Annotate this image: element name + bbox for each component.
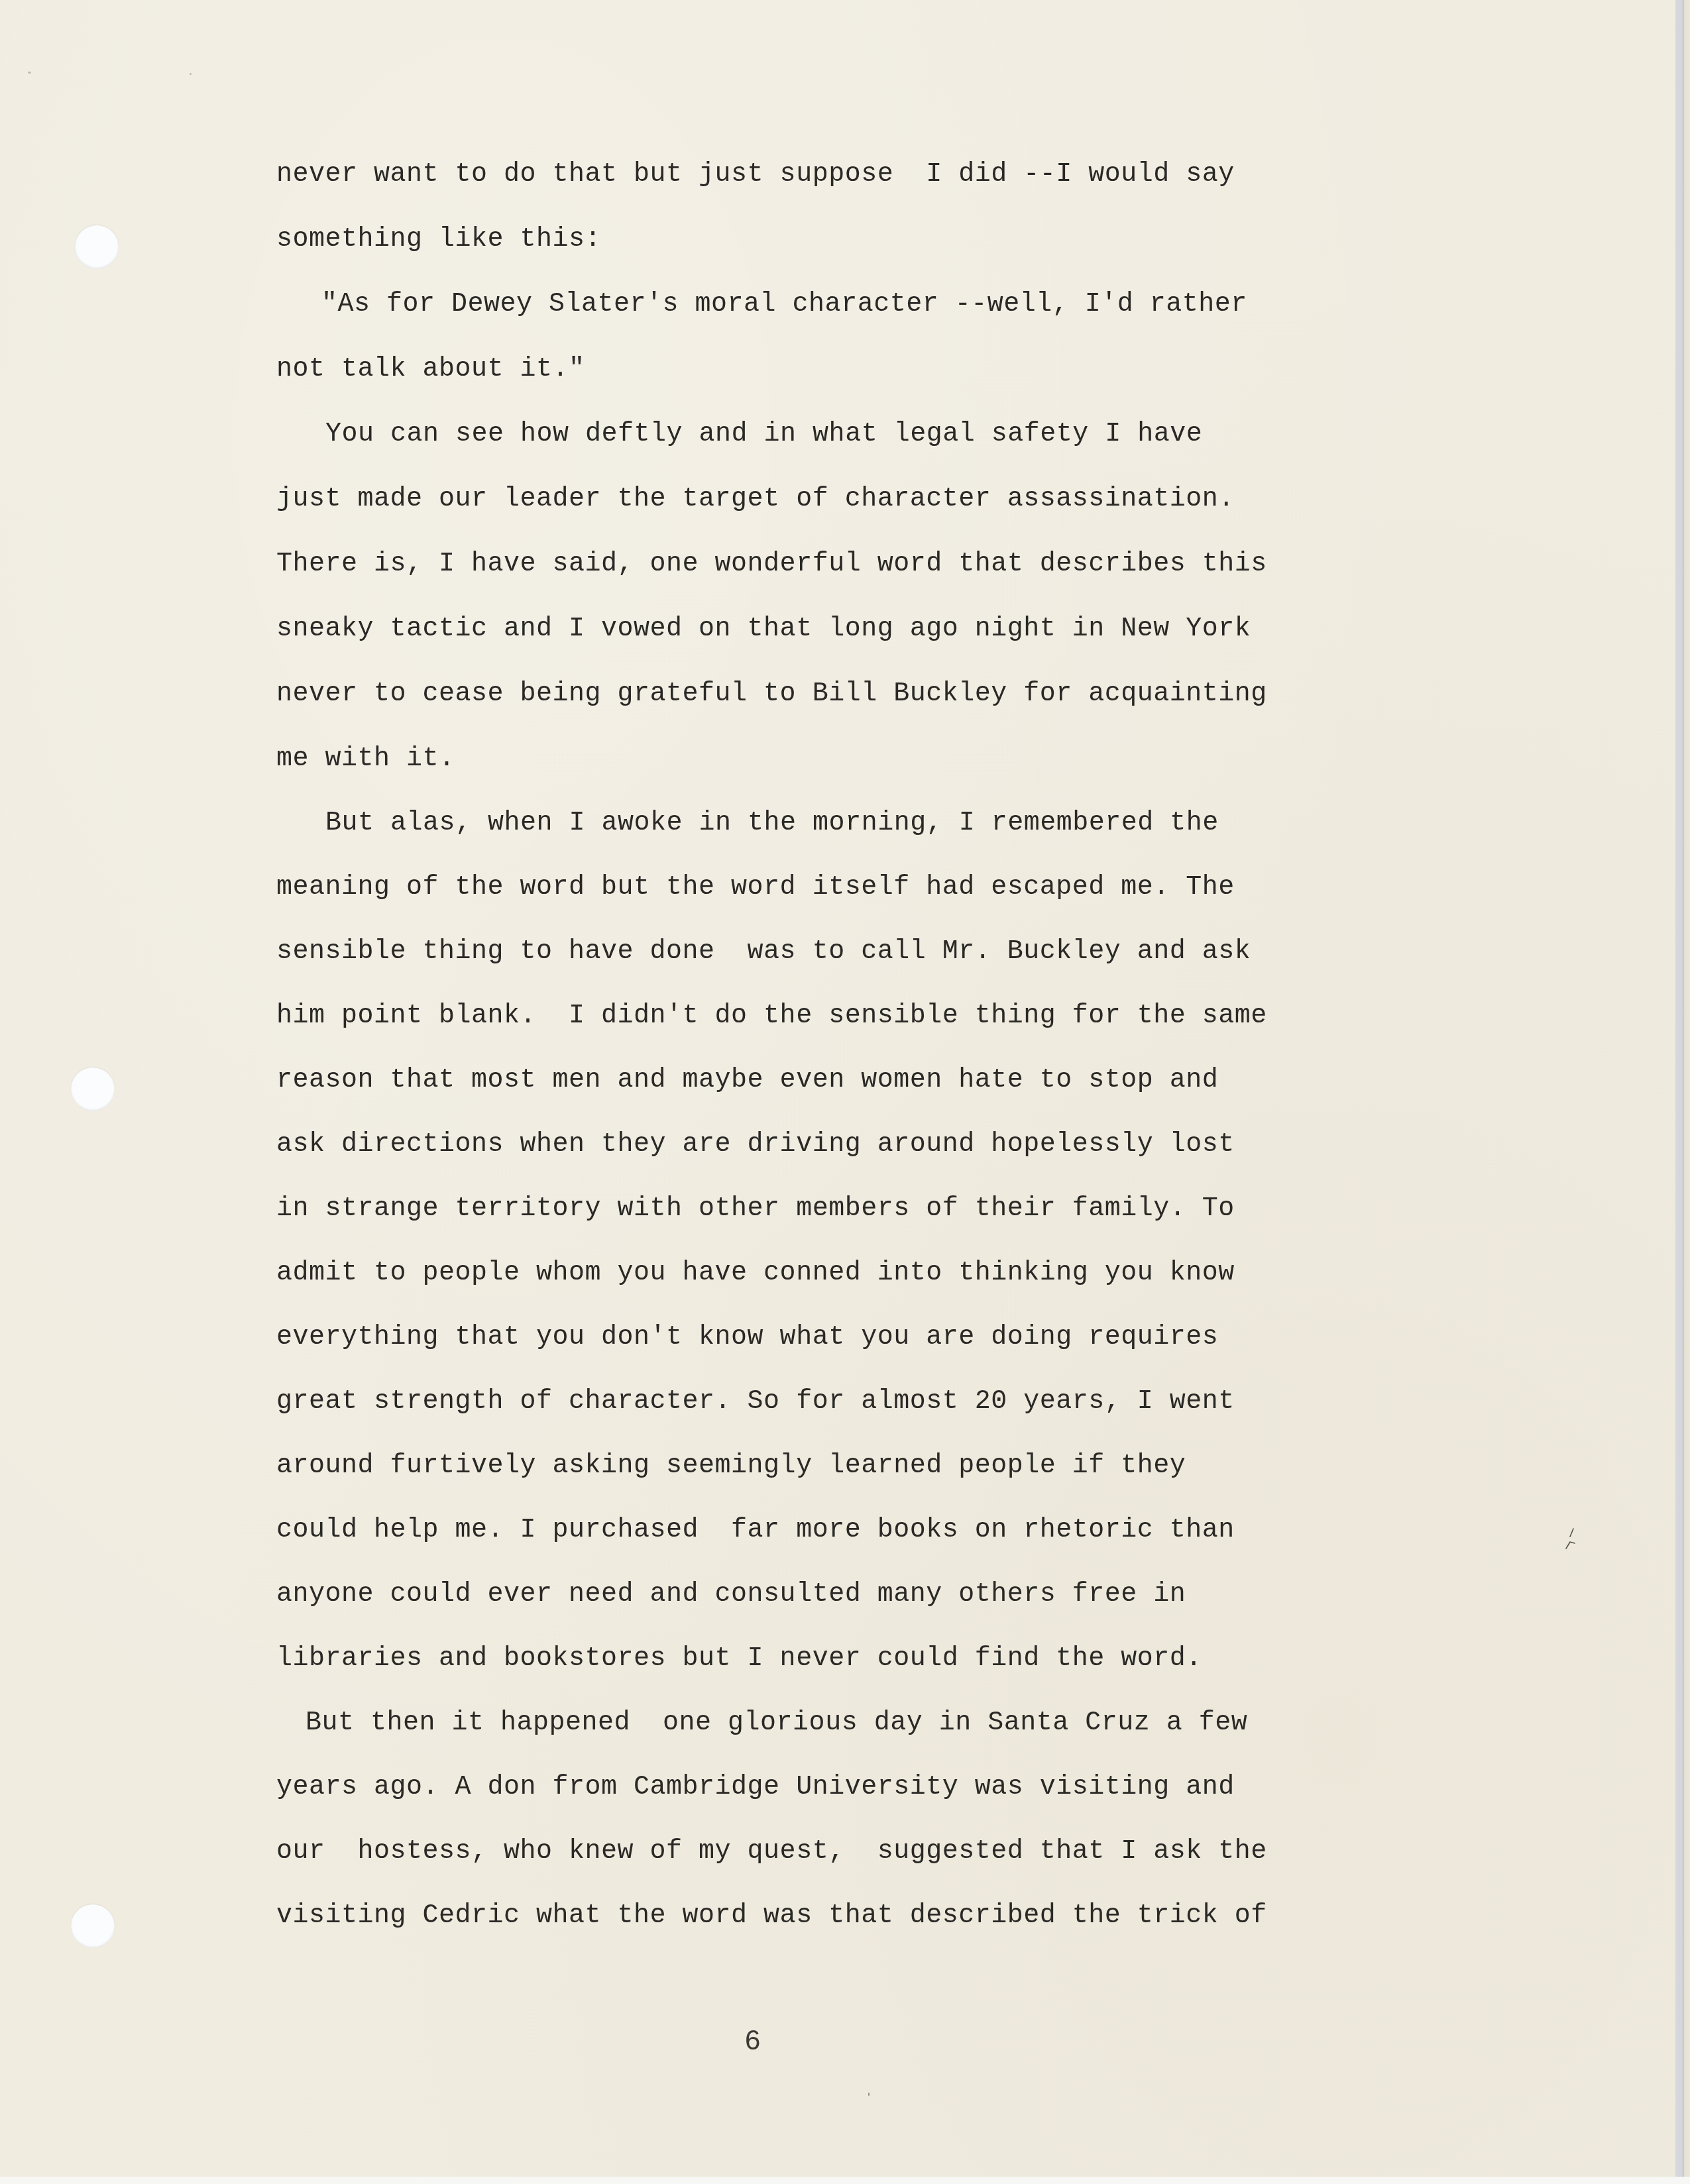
text-line: our hostess, who knew of my quest, sugge…: [276, 1832, 1267, 1872]
text-line: him point blank. I didn't do the sensibl…: [276, 997, 1267, 1036]
text-line: But then it happened one glorious day in…: [306, 1704, 1247, 1743]
text-line: in strange territory with other members …: [276, 1189, 1235, 1229]
page-number: 6: [745, 2024, 760, 2056]
text-line: just made our leader the target of chara…: [276, 480, 1235, 519]
text-line: me with it.: [276, 739, 455, 779]
scan-edge: [1675, 0, 1690, 2184]
punch-hole-middle: [71, 1067, 115, 1111]
text-line: something like this:: [276, 220, 601, 260]
text-line: libraries and bookstores but I never cou…: [276, 1639, 1202, 1679]
text-line: sensible thing to have done was to call …: [276, 932, 1251, 972]
text-line: anyone could ever need and consulted man…: [276, 1575, 1186, 1615]
paper-speck: [868, 2093, 870, 2096]
document-page: never want to do that but just suppose I…: [0, 0, 1675, 2177]
text-line: years ago. A don from Cambridge Universi…: [276, 1768, 1235, 1808]
text-line: meaning of the word but the word itself …: [276, 868, 1235, 908]
text-line: sneaky tactic and I vowed on that long a…: [276, 610, 1251, 649]
text-line: But alas, when I awoke in the morning, I…: [325, 804, 1219, 844]
text-line: everything that you don't know what you …: [276, 1318, 1218, 1358]
text-line: great strength of character. So for almo…: [276, 1382, 1235, 1422]
text-line: could help me. I purchased far more book…: [276, 1511, 1235, 1551]
text-line: There is, I have said, one wonderful wor…: [276, 545, 1267, 584]
pencil-mark-icon: [1564, 1527, 1576, 1550]
paper-speck: [28, 72, 31, 74]
punch-hole-bottom: [71, 1904, 115, 1948]
paper-speck: [190, 73, 192, 75]
text-line: You can see how deftly and in what legal…: [325, 415, 1202, 455]
text-line: never to cease being grateful to Bill Bu…: [276, 675, 1267, 714]
text-line: "As for Dewey Slater's moral character -…: [321, 285, 1247, 325]
punch-hole-top: [75, 225, 119, 269]
text-line: reason that most men and maybe even wome…: [276, 1061, 1218, 1101]
text-line: around furtively asking seemingly learne…: [276, 1447, 1186, 1486]
text-line: not talk about it.": [276, 350, 585, 390]
typed-body-text: never want to do that but just suppose I…: [276, 0, 1469, 895]
text-line: ask directions when they are driving aro…: [276, 1125, 1235, 1165]
text-line: never want to do that but just suppose I…: [276, 155, 1235, 195]
text-line: admit to people whom you have conned int…: [276, 1254, 1235, 1293]
scan-bottom-edge: [0, 2177, 1690, 2184]
text-line: visiting Cedric what the word was that d…: [276, 1896, 1267, 1936]
